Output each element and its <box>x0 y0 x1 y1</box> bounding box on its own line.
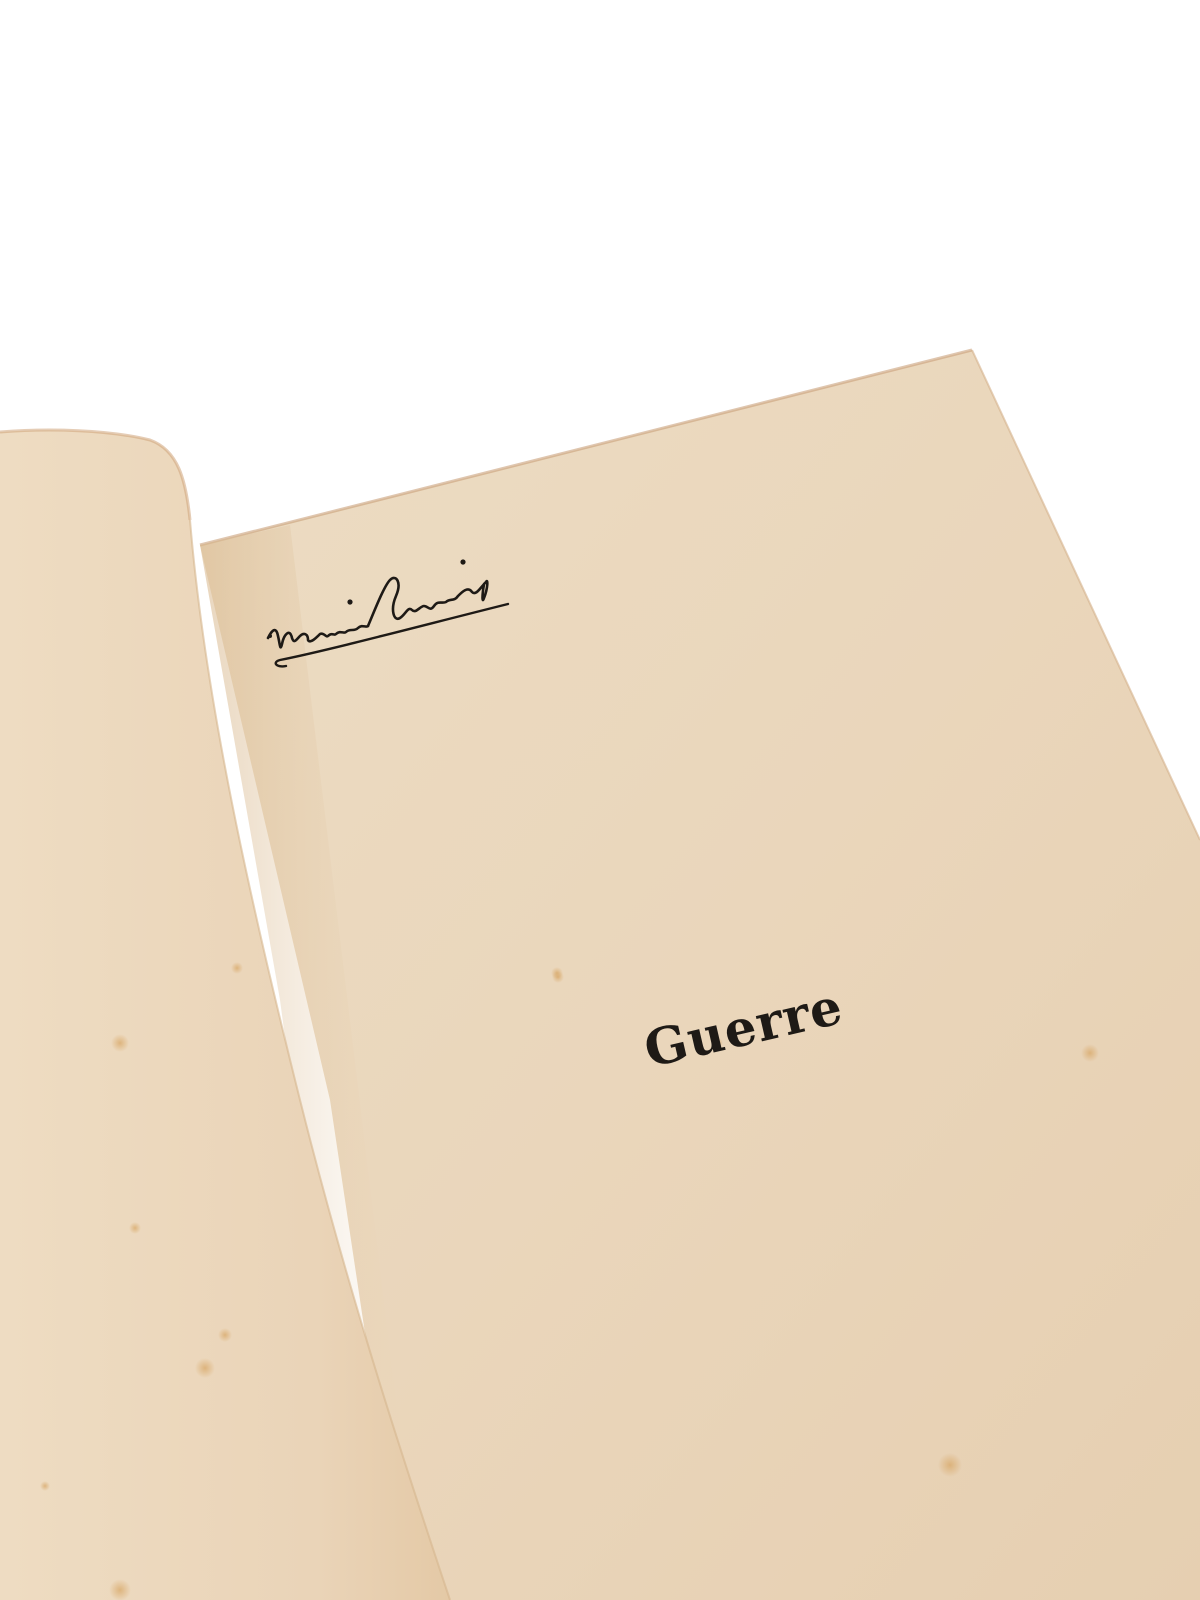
author-signature <box>250 540 530 690</box>
book-photo: Guerre <box>0 0 1200 1600</box>
book-pages-illustration <box>0 0 1200 1600</box>
